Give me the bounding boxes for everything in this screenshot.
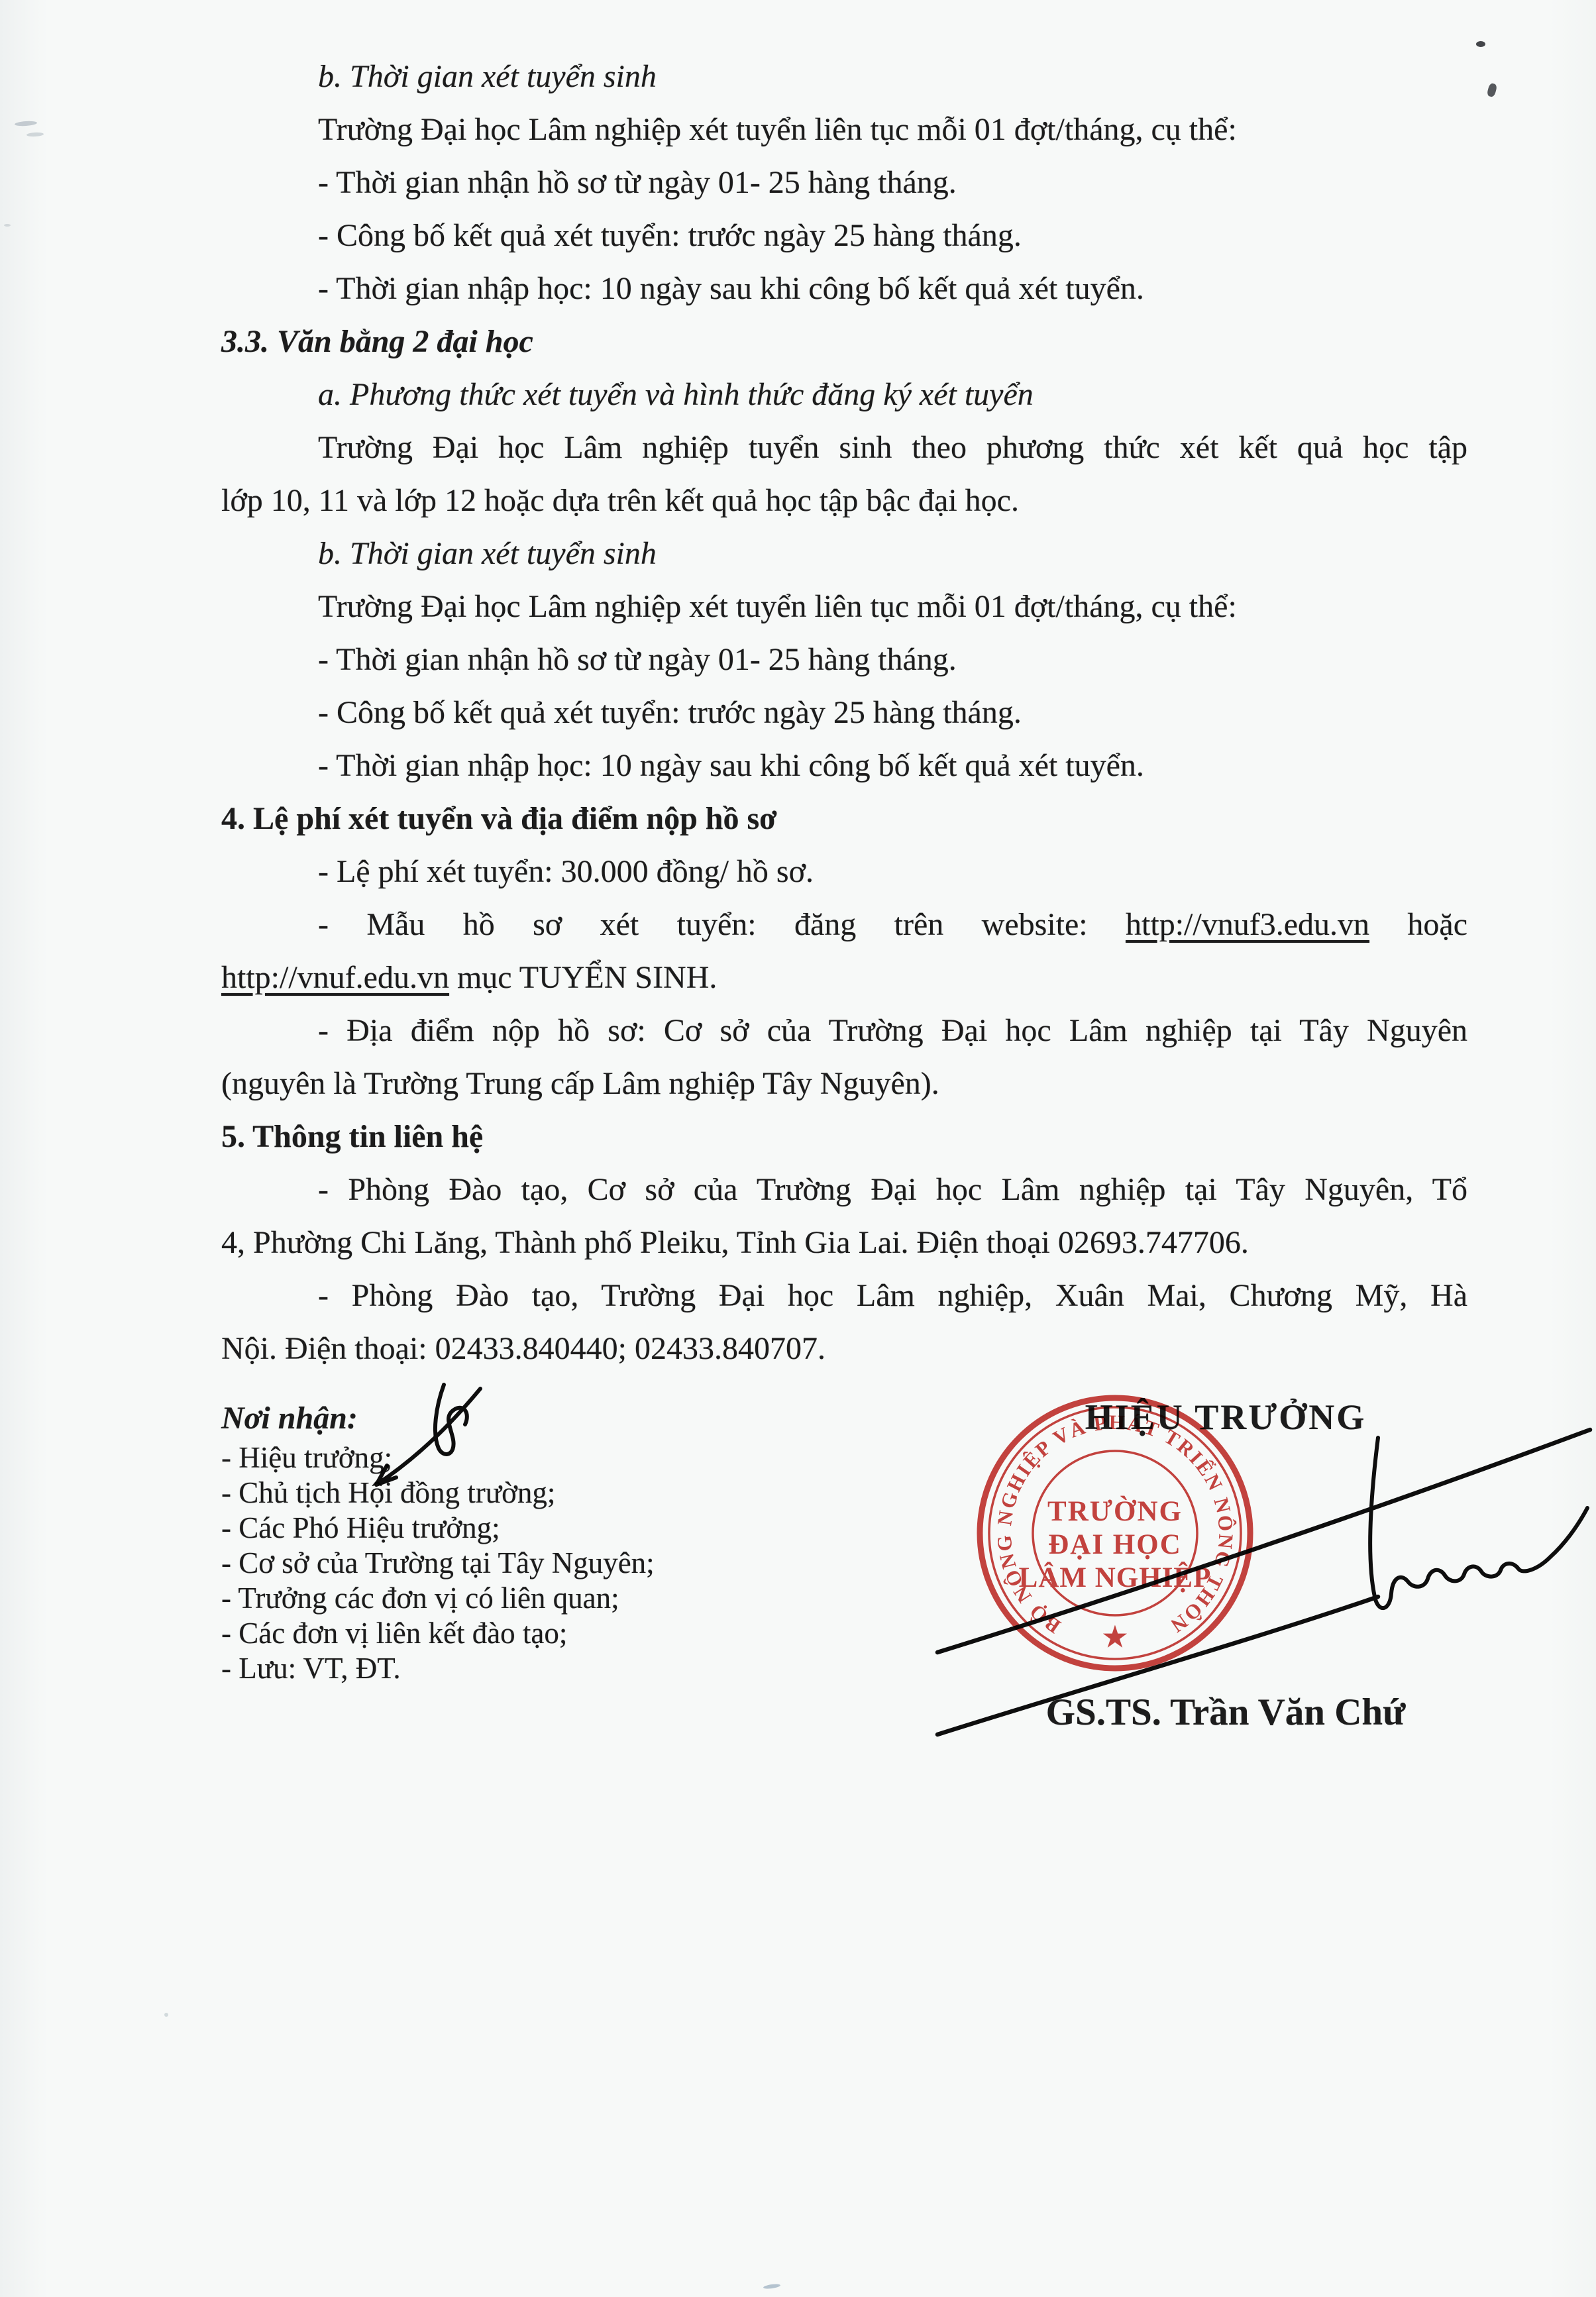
scan-speck [4, 224, 11, 227]
bullet-result-announce-1: - Công bố kết quả xét tuyển: trước ngày … [221, 209, 1467, 262]
scan-speck [1476, 41, 1485, 47]
bullet-location-line2: (nguyên là Trường Trung cấp Lâm nghiệp T… [221, 1057, 1467, 1110]
bullet-form-website-line2: http://vnuf.edu.vn mục TUYỂN SINH. [221, 951, 1467, 1004]
signature-long-stroke-upper [937, 1430, 1590, 1652]
heading-section-5: 5. Thông tin liên hệ [221, 1110, 1467, 1163]
scan-speck [1487, 83, 1498, 97]
form-website-pre-text: - Mẫu hồ sơ xét tuyển: đăng trên website… [318, 907, 1088, 942]
bullet-receive-deadline-1: - Thời gian nhận hồ sơ từ ngày 01- 25 hà… [221, 156, 1467, 209]
link-vnuf[interactable]: http://vnuf.edu.vn [221, 960, 449, 995]
recipient-item: - Chủ tịch Hội đồng trường; [221, 1475, 818, 1511]
contact-hanoi-line2: Nội. Điện thoại: 02433.840440; 02433.840… [221, 1322, 1467, 1375]
recipient-item: - Các đơn vị liên kết đào tạo; [221, 1616, 818, 1651]
paragraph-33a-line1: Trường Đại học Lâm nghiệp tuyển sinh the… [221, 421, 1467, 474]
paragraph-admission-intro-1: Trường Đại học Lâm nghiệp xét tuyển liên… [221, 103, 1467, 156]
scanned-document-page: b. Thời gian xét tuyển sinh Trường Đại h… [0, 0, 1596, 2297]
form-website-mid-text: hoặc [1407, 907, 1467, 942]
recipient-item: - Lưu: VT, ĐT. [221, 1651, 818, 1686]
subheading-admission-time-1: b. Thời gian xét tuyển sinh [221, 50, 1467, 103]
recipients-annotation-mark [345, 1377, 517, 1509]
contact-hanoi-line1: - Phòng Đào tạo, Trường Đại học Lâm nghi… [221, 1269, 1467, 1322]
bullet-form-website-line1: - Mẫu hồ sơ xét tuyển: đăng trên website… [221, 898, 1467, 951]
recipient-item: - Cơ sở của Trường tại Tây Nguyên; [221, 1546, 818, 1581]
paragraph-33a-line2: lớp 10, 11 và lớp 12 hoặc dựa trên kết q… [221, 474, 1467, 527]
annotation-arrow-stroke [376, 1389, 480, 1485]
scan-speck [763, 2283, 781, 2290]
scan-pencil-mark [15, 121, 37, 127]
recipient-item: - Các Phó Hiệu trưởng; [221, 1511, 818, 1546]
heading-section-4: 4. Lệ phí xét tuyển và địa điểm nộp hồ s… [221, 792, 1467, 845]
heading-section-33: 3.3. Văn bằng 2 đại học [221, 315, 1467, 368]
paragraph-admission-intro-2: Trường Đại học Lâm nghiệp xét tuyển liên… [221, 580, 1467, 633]
bullet-location-line1: - Địa điểm nộp hồ sơ: Cơ sở của Trường Đ… [221, 1004, 1467, 1057]
form-website-post-text: mục TUYỂN SINH. [457, 960, 717, 995]
subheading-33a-method: a. Phương thức xét tuyển và hình thức đă… [221, 368, 1467, 421]
recipient-item: - Trưởng các đơn vị có liên quan; [221, 1581, 818, 1616]
scan-pencil-mark [27, 132, 44, 136]
contact-taynguyen-line1: - Phòng Đào tạo, Cơ sở của Trường Đại họ… [221, 1163, 1467, 1216]
recipients-block: Nơi nhận: - Hiệu trưởng; - Chủ tịch Hội … [221, 1397, 818, 1686]
bullet-enrollment-time-1: - Thời gian nhập học: 10 ngày sau khi cô… [221, 262, 1467, 315]
handwritten-signature [914, 1378, 1596, 1776]
recipient-item: - Hiệu trưởng; [221, 1440, 818, 1475]
subheading-admission-time-2: b. Thời gian xét tuyển sinh [221, 527, 1467, 580]
recipients-label: Nơi nhận: [221, 1397, 818, 1440]
link-vnuf3[interactable]: http://vnuf3.edu.vn [1126, 907, 1369, 942]
bullet-enrollment-time-2: - Thời gian nhập học: 10 ngày sau khi cô… [221, 739, 1467, 792]
signature-long-stroke-lower [937, 1597, 1378, 1735]
signature-core-loops [1370, 1438, 1587, 1608]
contact-taynguyen-line2: 4, Phường Chi Lăng, Thành phố Pleiku, Tỉ… [221, 1216, 1467, 1269]
document-body: b. Thời gian xét tuyển sinh Trường Đại h… [221, 50, 1467, 1375]
bullet-result-announce-2: - Công bố kết quả xét tuyển: trước ngày … [221, 686, 1467, 739]
bullet-receive-deadline-2: - Thời gian nhận hồ sơ từ ngày 01- 25 hà… [221, 633, 1467, 686]
bullet-fee: - Lệ phí xét tuyển: 30.000 đồng/ hồ sơ. [221, 845, 1467, 898]
scan-speck [164, 2013, 168, 2017]
